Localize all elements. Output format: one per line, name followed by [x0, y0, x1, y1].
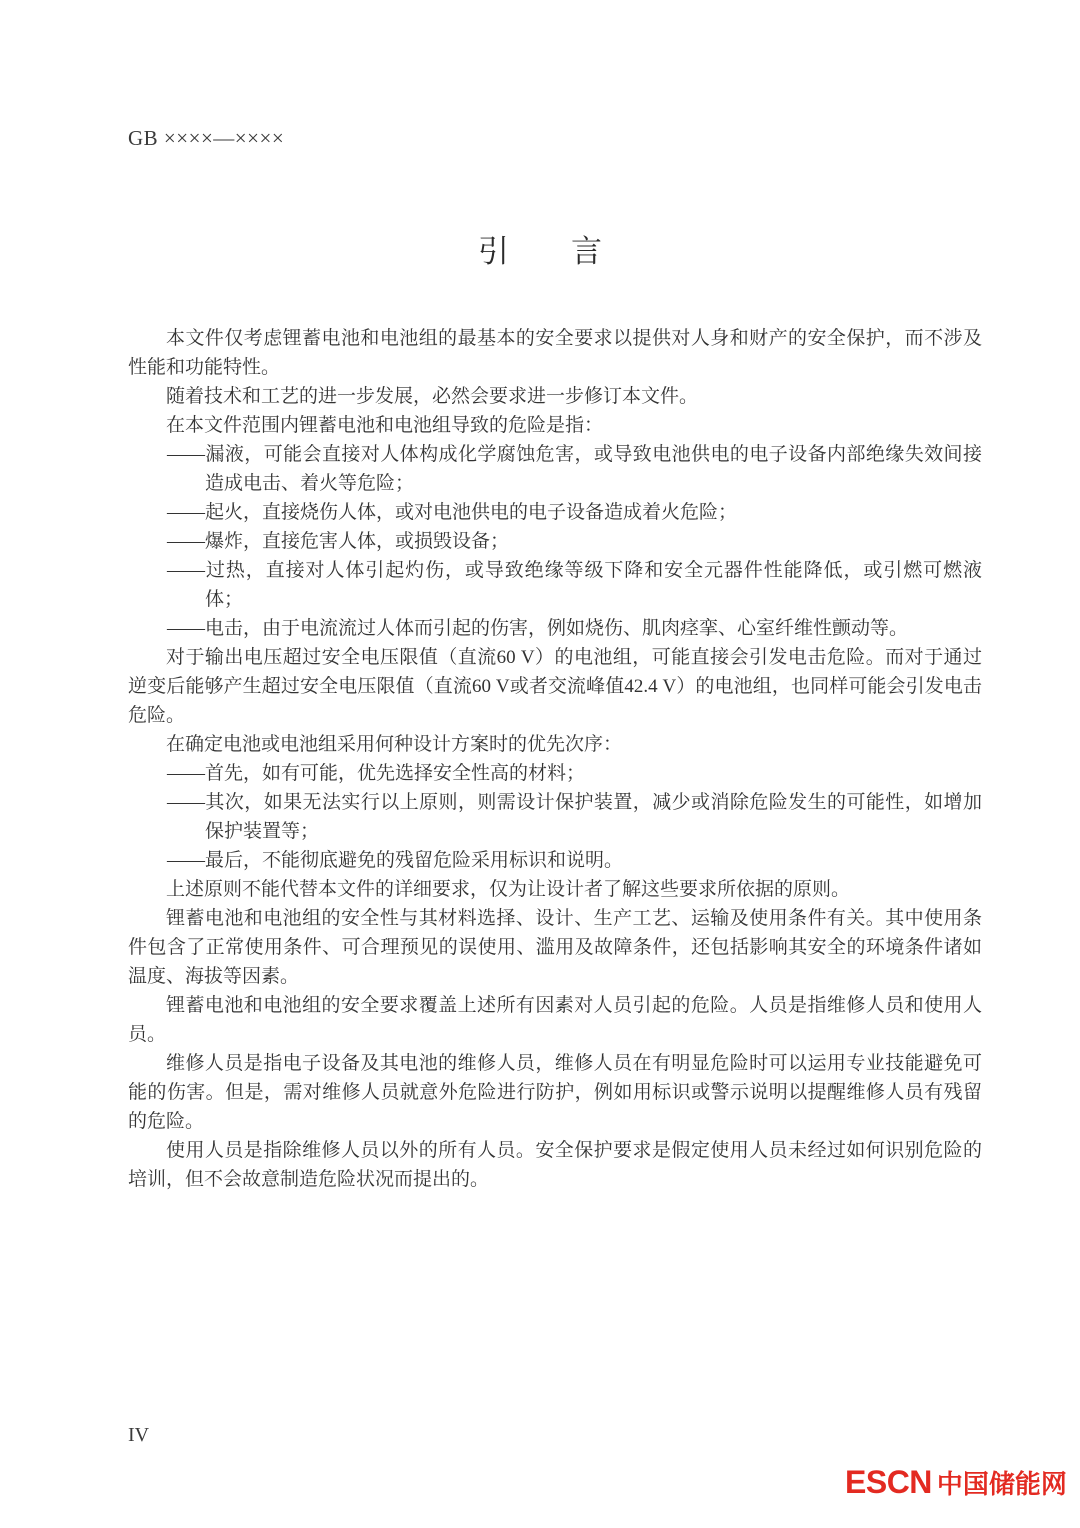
dash-list-item: ——首先，如有可能，优先选择安全性高的材料； [128, 759, 982, 788]
escn-logo: ESCN 中国储能网 [845, 1464, 1067, 1501]
dash-list-item: ——起火，直接烧伤人体，或对电池供电的电子设备造成着火危险； [128, 498, 982, 527]
page-number: IV [128, 1424, 149, 1447]
document-body: 本文件仅考虑锂蓄电池和电池组的最基本的安全要求以提供对人身和财产的安全保护，而不… [128, 324, 982, 1194]
section-title: 引 言 [0, 226, 1080, 271]
logo-cjk-text: 中国储能网 [937, 1464, 1067, 1501]
paragraph: 在本文件范围内锂蓄电池和电池组导致的危险是指： [128, 411, 982, 440]
paragraph: 维修人员是指电子设备及其电池的维修人员，维修人员在有明显危险时可以运用专业技能避… [128, 1049, 982, 1136]
document-page: GB ××××—×××× 引 言 本文件仅考虑锂蓄电池和电池组的最基本的安全要求… [0, 0, 1080, 1528]
dash-list-item: ——其次，如果无法实行以上原则，则需设计保护装置，减少或消除危险发生的可能性，如… [128, 788, 982, 846]
dash-list-item: ——最后，不能彻底避免的残留危险采用标识和说明。 [128, 846, 982, 875]
paragraph: 随着技术和工艺的进一步发展，必然会要求进一步修订本文件。 [128, 382, 982, 411]
paragraph: 对于输出电压超过安全电压限值（直流60 V）的电池组，可能直接会引发电击危险。而… [128, 643, 982, 730]
dash-list-item: ——爆炸，直接危害人体，或损毁设备； [128, 527, 982, 556]
paragraph: 锂蓄电池和电池组的安全性与其材料选择、设计、生产工艺、运输及使用条件有关。其中使… [128, 904, 982, 991]
dash-list-item: ——漏液，可能会直接对人体构成化学腐蚀危害，或导致电池供电的电子设备内部绝缘失效… [128, 440, 982, 498]
paragraph: 本文件仅考虑锂蓄电池和电池组的最基本的安全要求以提供对人身和财产的安全保护，而不… [128, 324, 982, 382]
paragraph: 在确定电池或电池组采用何种设计方案时的优先次序： [128, 730, 982, 759]
dash-list-item: ——过热，直接对人体引起灼伤，或导致绝缘等级下降和安全元器件性能降低，或引燃可燃… [128, 556, 982, 614]
logo-latin-text: ESCN [845, 1464, 932, 1501]
paragraph: 使用人员是指除维修人员以外的所有人员。安全保护要求是假定使用人员未经过如何识别危… [128, 1136, 982, 1194]
dash-list-item: ——电击，由于电流流过人体而引起的伤害，例如烧伤、肌肉痉挛、心室纤维性颤动等。 [128, 614, 982, 643]
paragraph: 锂蓄电池和电池组的安全要求覆盖上述所有因素对人员引起的危险。人员是指维修人员和使… [128, 991, 982, 1049]
paragraph: 上述原则不能代替本文件的详细要求，仅为让设计者了解这些要求所依据的原则。 [128, 875, 982, 904]
standard-code-header: GB ××××—×××× [128, 126, 284, 151]
